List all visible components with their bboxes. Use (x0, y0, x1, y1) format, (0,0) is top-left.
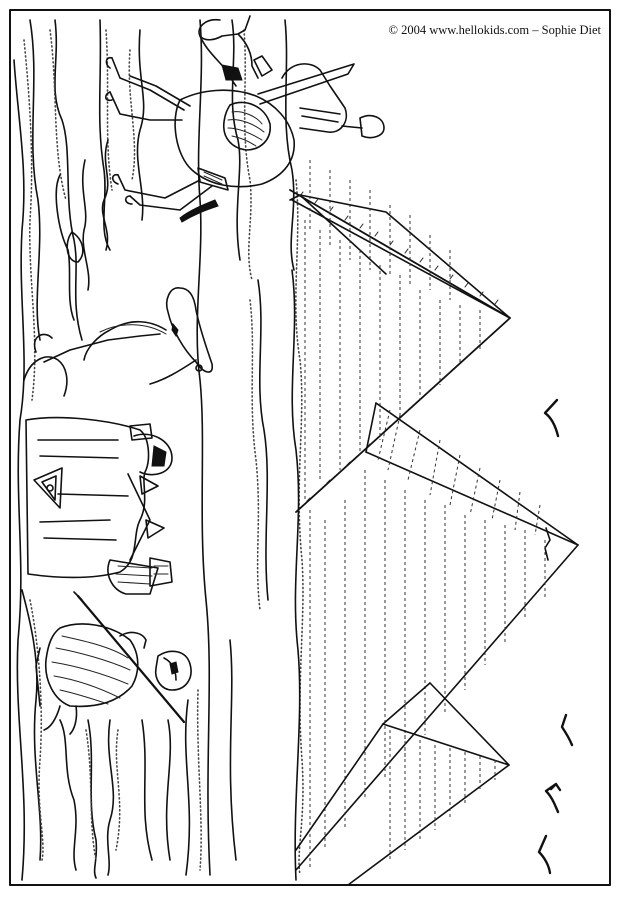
copyright-credit: © 2004 www.hellokids.com – Sophie Diet (389, 23, 602, 38)
coloring-page: © 2004 www.hellokids.com – Sophie Diet (0, 0, 621, 900)
bird-3 (546, 784, 560, 812)
bird-4 (539, 836, 550, 873)
resting-camel (24, 288, 212, 594)
bird-2 (562, 715, 572, 745)
pyramids (290, 160, 578, 885)
camel-driver (36, 592, 191, 734)
illustration (0, 0, 621, 900)
birds (539, 400, 572, 873)
bird-1 (545, 400, 558, 436)
